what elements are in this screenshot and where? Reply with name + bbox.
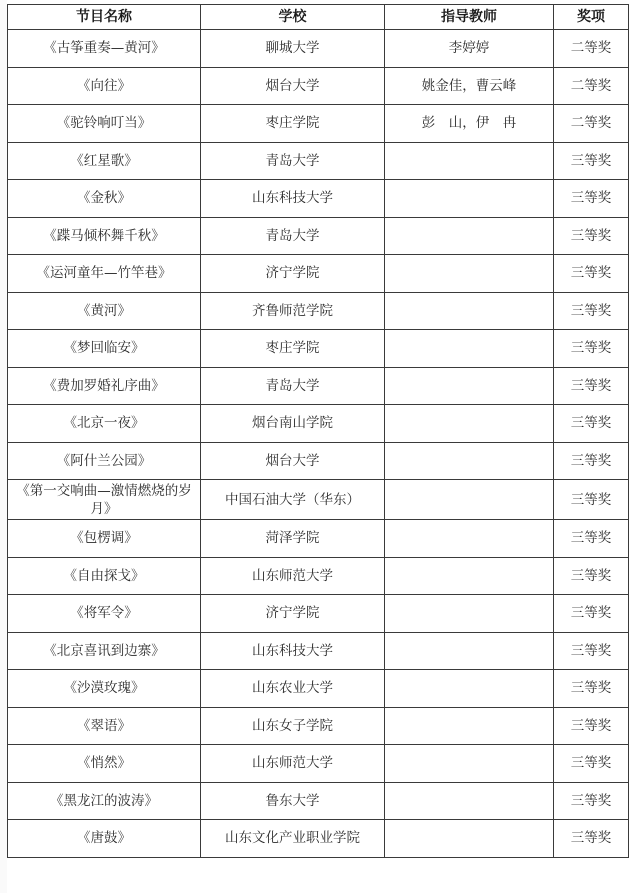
school-cell: 菏泽学院 — [201, 520, 385, 558]
program-cell: 《古筝重奏—黄河》 — [8, 30, 201, 68]
table-row: 《黄河》齐鲁师范学院三等奖 — [8, 292, 629, 330]
teacher-cell: 李婷婷 — [385, 30, 554, 68]
school-cell: 烟台大学 — [201, 442, 385, 480]
award-cell: 三等奖 — [554, 442, 629, 480]
header-teacher: 指导教师 — [385, 5, 554, 30]
award-cell: 三等奖 — [554, 217, 629, 255]
teacher-cell — [385, 442, 554, 480]
school-cell: 山东文化产业职业学院 — [201, 820, 385, 858]
teacher-cell — [385, 292, 554, 330]
award-cell: 三等奖 — [554, 632, 629, 670]
teacher-cell — [385, 745, 554, 783]
table-row: 《阿什兰公园》烟台大学三等奖 — [8, 442, 629, 480]
school-cell: 齐鲁师范学院 — [201, 292, 385, 330]
school-cell: 青岛大学 — [201, 142, 385, 180]
awards-table: 节目名称 学校 指导教师 奖项 《古筝重奏—黄河》聊城大学李婷婷二等奖《向往》烟… — [7, 4, 629, 858]
program-cell: 《费加罗婚礼序曲》 — [8, 367, 201, 405]
school-cell: 枣庄学院 — [201, 330, 385, 368]
award-cell: 二等奖 — [554, 30, 629, 68]
program-cell: 《包楞调》 — [8, 520, 201, 558]
school-cell: 山东女子学院 — [201, 707, 385, 745]
header-award: 奖项 — [554, 5, 629, 30]
table-row: 《北京一夜》烟台南山学院三等奖 — [8, 405, 629, 443]
award-cell: 二等奖 — [554, 105, 629, 143]
award-cell: 三等奖 — [554, 255, 629, 293]
teacher-cell — [385, 367, 554, 405]
program-cell: 《将军令》 — [8, 595, 201, 633]
teacher-cell — [385, 782, 554, 820]
table-row: 《翠语》山东女子学院三等奖 — [8, 707, 629, 745]
school-cell: 鲁东大学 — [201, 782, 385, 820]
table-row: 《向往》烟台大学姚金佳，曹云峰二等奖 — [8, 67, 629, 105]
school-cell: 烟台大学 — [201, 67, 385, 105]
program-cell: 《北京一夜》 — [8, 405, 201, 443]
school-cell: 山东科技大学 — [201, 180, 385, 218]
school-cell: 济宁学院 — [201, 255, 385, 293]
award-cell: 三等奖 — [554, 405, 629, 443]
school-cell: 中国石油大学（华东） — [201, 480, 385, 520]
program-cell: 《阿什兰公园》 — [8, 442, 201, 480]
teacher-cell — [385, 217, 554, 255]
teacher-cell — [385, 632, 554, 670]
school-cell: 烟台南山学院 — [201, 405, 385, 443]
teacher-cell — [385, 520, 554, 558]
teacher-cell — [385, 180, 554, 218]
award-cell: 三等奖 — [554, 745, 629, 783]
program-cell: 《蹀马倾杯舞千秋》 — [8, 217, 201, 255]
teacher-cell — [385, 330, 554, 368]
teacher-cell — [385, 142, 554, 180]
teacher-cell — [385, 480, 554, 520]
school-cell: 聊城大学 — [201, 30, 385, 68]
teacher-cell — [385, 405, 554, 443]
teacher-cell — [385, 820, 554, 858]
table-row: 《梦回临安》枣庄学院三等奖 — [8, 330, 629, 368]
award-cell: 三等奖 — [554, 707, 629, 745]
program-cell: 《黄河》 — [8, 292, 201, 330]
table-row: 《包楞调》菏泽学院三等奖 — [8, 520, 629, 558]
program-cell: 《黑龙江的波涛》 — [8, 782, 201, 820]
table-row: 《将军令》济宁学院三等奖 — [8, 595, 629, 633]
table-row: 《黑龙江的波涛》鲁东大学三等奖 — [8, 782, 629, 820]
teacher-cell — [385, 557, 554, 595]
table-row: 《金秋》山东科技大学三等奖 — [8, 180, 629, 218]
award-cell: 三等奖 — [554, 330, 629, 368]
program-cell: 《金秋》 — [8, 180, 201, 218]
table-row: 《悄然》山东师范大学三等奖 — [8, 745, 629, 783]
award-cell: 三等奖 — [554, 595, 629, 633]
header-row: 节目名称 学校 指导教师 奖项 — [8, 5, 629, 30]
school-cell: 山东农业大学 — [201, 670, 385, 708]
table-row: 《古筝重奏—黄河》聊城大学李婷婷二等奖 — [8, 30, 629, 68]
award-cell: 三等奖 — [554, 180, 629, 218]
program-cell: 《红星歌》 — [8, 142, 201, 180]
teacher-cell — [385, 707, 554, 745]
award-cell: 三等奖 — [554, 820, 629, 858]
award-cell: 三等奖 — [554, 557, 629, 595]
table-row: 《费加罗婚礼序曲》青岛大学三等奖 — [8, 367, 629, 405]
header-program: 节目名称 — [8, 5, 201, 30]
school-cell: 枣庄学院 — [201, 105, 385, 143]
school-cell: 青岛大学 — [201, 367, 385, 405]
teacher-cell — [385, 670, 554, 708]
program-cell: 《沙漠玫瑰》 — [8, 670, 201, 708]
program-cell: 《向往》 — [8, 67, 201, 105]
school-cell: 济宁学院 — [201, 595, 385, 633]
page-margin — [0, 0, 7, 893]
award-cell: 三等奖 — [554, 142, 629, 180]
table-row: 《沙漠玫瑰》山东农业大学三等奖 — [8, 670, 629, 708]
award-cell: 三等奖 — [554, 520, 629, 558]
table-row: 《蹀马倾杯舞千秋》青岛大学三等奖 — [8, 217, 629, 255]
teacher-cell: 姚金佳，曹云峰 — [385, 67, 554, 105]
program-cell: 《北京喜讯到边寨》 — [8, 632, 201, 670]
table-row: 《自由探戈》山东师范大学三等奖 — [8, 557, 629, 595]
program-cell: 《唐鼓》 — [8, 820, 201, 858]
table-row: 《运河童年—竹竿巷》济宁学院三等奖 — [8, 255, 629, 293]
program-cell: 《翠语》 — [8, 707, 201, 745]
school-cell: 青岛大学 — [201, 217, 385, 255]
table-row: 《北京喜讯到边寨》山东科技大学三等奖 — [8, 632, 629, 670]
award-cell: 三等奖 — [554, 367, 629, 405]
award-cell: 三等奖 — [554, 480, 629, 520]
award-cell: 三等奖 — [554, 670, 629, 708]
teacher-cell — [385, 595, 554, 633]
table-row: 《驼铃响叮当》枣庄学院彭 山，伊 冉二等奖 — [8, 105, 629, 143]
program-cell: 《驼铃响叮当》 — [8, 105, 201, 143]
teacher-cell: 彭 山，伊 冉 — [385, 105, 554, 143]
header-school: 学校 — [201, 5, 385, 30]
program-cell: 《悄然》 — [8, 745, 201, 783]
school-cell: 山东科技大学 — [201, 632, 385, 670]
program-cell: 《第一交响曲—激情燃烧的岁月》 — [8, 480, 201, 520]
program-cell: 《运河童年—竹竿巷》 — [8, 255, 201, 293]
award-cell: 三等奖 — [554, 292, 629, 330]
program-cell: 《梦回临安》 — [8, 330, 201, 368]
award-cell: 二等奖 — [554, 67, 629, 105]
table-row: 《唐鼓》山东文化产业职业学院三等奖 — [8, 820, 629, 858]
table-row: 《第一交响曲—激情燃烧的岁月》中国石油大学（华东）三等奖 — [8, 480, 629, 520]
award-cell: 三等奖 — [554, 782, 629, 820]
school-cell: 山东师范大学 — [201, 557, 385, 595]
program-cell: 《自由探戈》 — [8, 557, 201, 595]
table-row: 《红星歌》青岛大学三等奖 — [8, 142, 629, 180]
teacher-cell — [385, 255, 554, 293]
school-cell: 山东师范大学 — [201, 745, 385, 783]
